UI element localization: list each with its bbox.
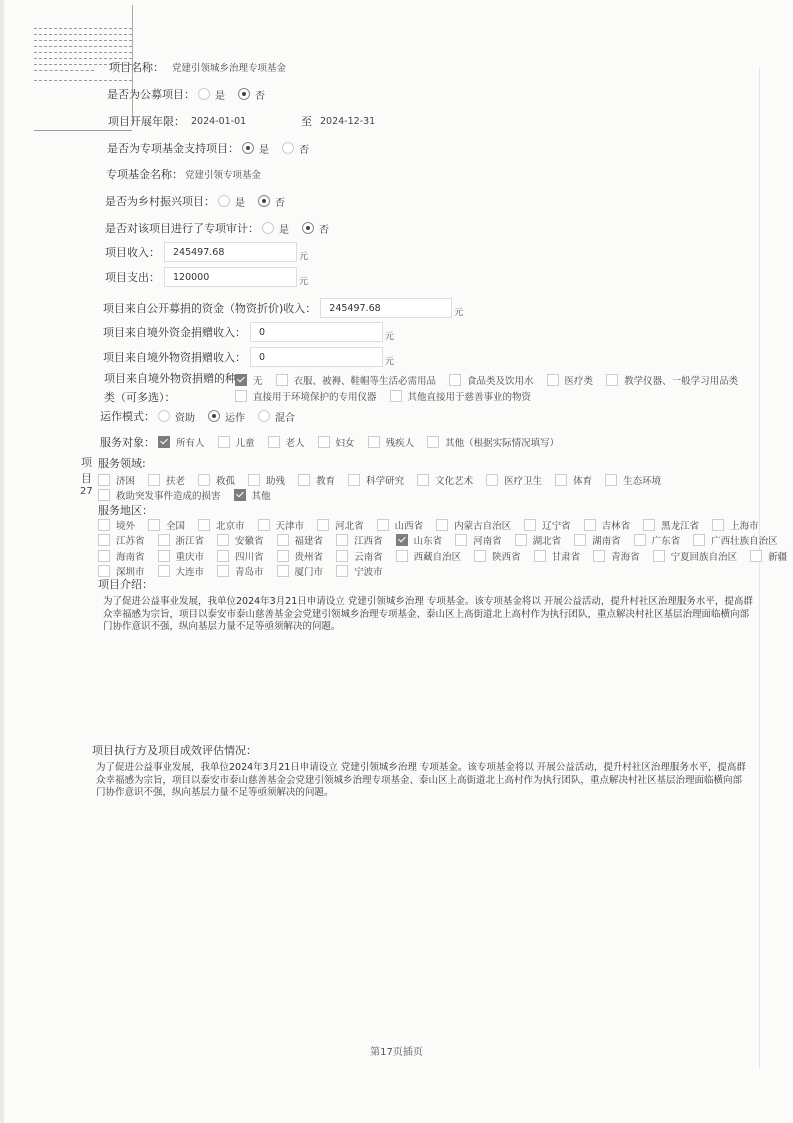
service-field-other[interactable]: 其他	[231, 488, 271, 502]
public-fundraising-yes-radio[interactable]	[198, 88, 210, 100]
checkbox-icon[interactable]	[98, 534, 110, 546]
rural-revitalization-yes-label: 是	[235, 194, 245, 209]
checkbox-icon[interactable]	[277, 565, 289, 577]
service-field-ecology[interactable]: 生态环境	[602, 473, 661, 487]
checkbox-icon[interactable]	[547, 374, 559, 386]
checkbox-icon[interactable]	[336, 565, 348, 577]
checkbox-icon[interactable]	[653, 550, 665, 562]
evaluation-text: 为了促进公益事业发展，我单位2024年3月21日申请设立 党建引领城乡治理 专项…	[96, 762, 756, 800]
checkbox-icon[interactable]	[348, 474, 360, 486]
service-region-option[interactable]: 福建省	[274, 533, 324, 547]
overseas-fund-income-unit: 元	[385, 329, 394, 342]
checkbox-icon[interactable]	[98, 489, 110, 501]
checkbox-icon[interactable]	[158, 565, 170, 577]
service-region-option[interactable]: 河北省	[314, 518, 364, 532]
evaluation-line: 众幸福感为宗旨，项目以泰安市泰山慈善基金会党建引领城乡治理专项基金、泰山区上高街…	[96, 775, 756, 788]
intro-label: 项目介绍：	[98, 576, 153, 592]
checkbox-icon[interactable]	[377, 519, 389, 531]
period-to: 至	[301, 113, 312, 129]
overseas-fund-income-row: 项目来自境外资金捐赠收入： 0 元	[103, 321, 394, 342]
checkbox-icon[interactable]	[98, 550, 110, 562]
income-row: 项目收入： 245497.68 元	[105, 241, 308, 262]
side-label-2: 目	[81, 470, 92, 486]
public-donation-income-label: 项目来自公开募捐的资金（物资折价)收入：	[103, 300, 316, 316]
operation-mode-mixed-label: 混合	[275, 409, 295, 424]
checkbox-icon[interactable]	[436, 519, 448, 531]
service-field-label-item: 济困	[116, 473, 135, 487]
intro-line: 门协作意识不强，纵向基层力量不足等亟须解决的问题。	[103, 621, 753, 634]
service-region-option[interactable]: 青海省	[590, 549, 640, 563]
rural-revitalization-no-label: 否	[275, 194, 285, 209]
checkbox-icon[interactable]	[555, 474, 567, 486]
service-region-option[interactable]: 重庆市	[155, 549, 205, 563]
special-fund-support-label: 是否为专项基金支持项目：	[107, 140, 239, 156]
checkbox-icon[interactable]	[593, 550, 605, 562]
overseas-material-types-row2: 直接用于环境保护的专用仪器 其他直接用于慈善事业的物资	[232, 389, 541, 403]
rural-revitalization-no-radio[interactable]	[258, 195, 270, 207]
material-type-environment-label: 直接用于环境保护的专用仪器	[253, 389, 377, 403]
service-region-option[interactable]: 黑龙江省	[640, 518, 699, 532]
service-field-row1: 济困 扶老 救孤 助残 教育 科学研究 文化艺术 医疗卫生 体育 生态环境	[95, 473, 671, 487]
overseas-material-income-row: 项目来自境外物资捐赠收入： 0 元	[103, 346, 394, 367]
expense-unit: 元	[299, 274, 308, 287]
service-region-option-label: 福建省	[295, 533, 324, 547]
material-type-other-label: 其他直接用于慈善事业的物资	[408, 389, 532, 403]
service-target-disabled-label: 残疾人	[386, 435, 415, 449]
service-target-other[interactable]: 其他（根据实际情况填写）	[424, 435, 559, 449]
service-region-option[interactable]: 广西壮族自治区	[690, 533, 778, 547]
service-region-label: 服务地区：	[98, 502, 153, 518]
service-region-option[interactable]: 宁夏回族自治区	[650, 549, 738, 563]
checkbox-icon[interactable]	[474, 550, 486, 562]
service-target-children[interactable]: 儿童	[215, 435, 255, 449]
service-field-label-item: 医疗卫生	[504, 473, 542, 487]
project-name-row: 项目名称： 党建引领城乡治理专项基金	[109, 59, 286, 75]
checkbox-icon[interactable]	[606, 374, 618, 386]
material-type-teaching-label: 教学仪器、一般学习用品类	[624, 373, 738, 387]
special-fund-name-value: 党建引领专项基金	[185, 167, 261, 181]
service-field-health[interactable]: 医疗卫生	[483, 473, 542, 487]
service-target-label: 服务对象：	[100, 434, 155, 450]
checkbox-icon[interactable]	[198, 474, 210, 486]
service-region-option[interactable]: 厦门市	[274, 564, 324, 578]
service-region-option-label: 湖南省	[592, 533, 621, 547]
service-region-option-label: 上海市	[730, 518, 759, 532]
project-name-label: 项目名称：	[109, 59, 164, 75]
service-region-option-label: 甘肃省	[552, 549, 581, 563]
public-fundraising-no-radio[interactable]	[238, 88, 250, 100]
special-fund-support-no-radio[interactable]	[282, 142, 294, 154]
service-field-sports[interactable]: 体育	[552, 473, 592, 487]
checkbox-icon[interactable]	[515, 534, 527, 546]
service-region-option-label: 北京市	[216, 518, 245, 532]
checkbox-icon[interactable]	[396, 550, 408, 562]
expense-input[interactable]: 120000	[164, 267, 297, 287]
checkbox-icon[interactable]	[427, 436, 439, 448]
checkbox-icon[interactable]	[158, 550, 170, 562]
checkbox-icon[interactable]	[268, 436, 280, 448]
material-type-environment[interactable]: 直接用于环境保护的专用仪器	[232, 389, 377, 403]
intro-line: 众幸福感为宗旨，项目以泰安市泰山慈善基金会党建引领城乡治理专项基金、泰山区上高街…	[103, 609, 753, 622]
public-fundraising-no-label: 否	[255, 87, 265, 102]
checkbox-icon[interactable]	[750, 550, 762, 562]
period-start: 2024-01-01	[191, 116, 301, 127]
checkbox-icon[interactable]	[693, 534, 705, 546]
special-audit-no-label: 否	[319, 221, 329, 236]
special-audit-row: 是否对该项目进行了专项审计： 是 否	[105, 220, 339, 236]
service-region-option-label: 重庆市	[176, 549, 205, 563]
checkbox-icon[interactable]	[198, 519, 210, 531]
operation-mode-row: 运作模式： 资助 运作 混合	[100, 408, 305, 424]
checkbox-icon[interactable]	[276, 374, 288, 386]
service-region-option-label: 辽宁省	[542, 518, 571, 532]
checkbox-icon[interactable]	[417, 474, 429, 486]
service-region-option-label: 四川省	[235, 549, 264, 563]
service-field-emergency[interactable]: 救助突发事件造成的损害	[95, 488, 221, 502]
service-region-option[interactable]: 全国	[145, 518, 185, 532]
service-region-option-label: 广东省	[652, 533, 681, 547]
checkbox-checked-icon[interactable]	[396, 534, 408, 546]
service-region-option[interactable]: 湖南省	[571, 533, 621, 547]
checkbox-icon[interactable]	[336, 550, 348, 562]
service-field-elderly[interactable]: 扶老	[145, 473, 185, 487]
service-field-label-item: 助残	[266, 473, 285, 487]
service-region-option[interactable]: 山东省	[393, 533, 443, 547]
expense-row: 项目支出： 120000 元	[105, 266, 308, 287]
service-region-option-label: 厦门市	[295, 564, 324, 578]
operation-mode-operate-radio[interactable]	[208, 410, 220, 422]
service-field-science[interactable]: 科学研究	[345, 473, 404, 487]
checkbox-icon[interactable]	[318, 436, 330, 448]
service-field-disabled[interactable]: 助残	[245, 473, 285, 487]
service-field-label-item: 体育	[573, 473, 592, 487]
service-region-option[interactable]: 甘肃省	[531, 549, 581, 563]
checkbox-icon[interactable]	[148, 474, 160, 486]
period-label: 项目开展年限：	[108, 113, 185, 129]
service-region-option-label: 天津市	[276, 518, 305, 532]
page-edge	[0, 0, 4, 1123]
special-fund-support-row: 是否为专项基金支持项目： 是 否	[107, 140, 319, 156]
service-target-elderly-label: 老人	[286, 435, 305, 449]
checkbox-icon[interactable]	[455, 534, 467, 546]
overseas-material-income-label: 项目来自境外物资捐赠收入：	[103, 349, 246, 365]
checkbox-icon[interactable]	[336, 534, 348, 546]
service-region-row: 江苏省浙江省安徽省福建省江西省山东省河南省湖北省湖南省广东省广西壮族自治区	[95, 533, 788, 547]
service-region-option[interactable]: 西藏自治区	[393, 549, 462, 563]
service-region-option[interactable]: 江西省	[333, 533, 383, 547]
margin-rule	[759, 68, 760, 1068]
service-field-label-item: 文化艺术	[435, 473, 473, 487]
operation-mode-operate-label: 运作	[225, 409, 245, 424]
checkbox-icon[interactable]	[584, 519, 596, 531]
checkbox-icon[interactable]	[277, 534, 289, 546]
operation-mode-grant-radio[interactable]	[158, 410, 170, 422]
checkbox-icon[interactable]	[217, 565, 229, 577]
service-region-option-label: 西藏自治区	[414, 549, 462, 563]
service-region-option-label: 大连市	[176, 564, 205, 578]
service-region-option-label: 全国	[166, 518, 185, 532]
service-target-other-label: 其他（根据实际情况填写）	[445, 435, 559, 449]
overseas-material-types-label: 项目来自境外物资捐赠的种 类（可多选）：	[104, 370, 236, 405]
service-field-label-item: 教育	[316, 473, 335, 487]
service-region-option[interactable]: 上海市	[709, 518, 759, 532]
income-label: 项目收入：	[105, 244, 160, 260]
overseas-fund-income-input[interactable]: 0	[250, 322, 383, 342]
service-region-option[interactable]: 新疆	[747, 549, 787, 563]
service-field-label-item: 科学研究	[366, 473, 404, 487]
intro-line: 为了促进公益事业发展，我单位2024年3月21日申请设立 党建引领城乡治理 专项…	[103, 596, 753, 609]
material-type-other[interactable]: 其他直接用于慈善事业的物资	[387, 389, 532, 403]
evaluation-label-row: 项目执行方及项目成效评估情况：	[92, 742, 257, 758]
service-field-label-row: 服务领域:	[98, 455, 146, 471]
service-field-orphans[interactable]: 救孤	[195, 473, 235, 487]
service-region-option-label: 贵州省	[295, 549, 324, 563]
material-type-none-label: 无	[253, 373, 263, 387]
service-target-row: 服务对象： 所有人 儿童 老人 妇女 残疾人 其他（根据实际情况填写）	[100, 434, 569, 450]
service-region-option-label: 安徽省	[235, 533, 264, 547]
project-name-value: 党建引领城乡治理专项基金	[172, 60, 286, 74]
service-target-women-label: 妇女	[336, 435, 355, 449]
period-end: 2024-12-31	[320, 116, 375, 127]
service-region-option-label: 山东省	[414, 533, 443, 547]
side-label-1: 项	[81, 454, 92, 470]
service-region-option-label: 海南省	[116, 549, 145, 563]
service-region-option[interactable]: 四川省	[214, 549, 264, 563]
overseas-material-income-input[interactable]: 0	[250, 347, 383, 367]
material-type-teaching[interactable]: 教学仪器、一般学习用品类	[603, 373, 738, 387]
evaluation-label: 项目执行方及项目成效评估情况：	[92, 742, 257, 758]
operation-mode-label: 运作模式：	[100, 408, 155, 424]
service-region-option-label: 新疆	[768, 549, 787, 563]
service-region-option[interactable]: 内蒙古自治区	[433, 518, 511, 532]
service-region-option-label: 湖北省	[533, 533, 562, 547]
material-type-food[interactable]: 食品类及饮用水	[446, 373, 534, 387]
service-region-option[interactable]: 湖北省	[512, 533, 562, 547]
service-region-option-label: 青海省	[611, 549, 640, 563]
service-target-elderly[interactable]: 老人	[265, 435, 305, 449]
rural-revitalization-label: 是否为乡村振兴项目：	[105, 193, 215, 209]
material-type-food-label: 食品类及饮用水	[467, 373, 534, 387]
service-region-option-label: 内蒙古自治区	[454, 518, 511, 532]
income-unit: 元	[299, 249, 308, 262]
checkbox-icon[interactable]	[534, 550, 546, 562]
operation-mode-mixed-radio[interactable]	[258, 410, 270, 422]
service-region-option-label: 河北省	[335, 518, 364, 532]
material-type-clothing-label: 衣服、被褥、鞋帽等生活必需用品	[294, 373, 437, 387]
checkbox-icon[interactable]	[390, 390, 402, 402]
service-region-option-label: 吉林省	[602, 518, 631, 532]
service-region-option[interactable]: 宁波市	[333, 564, 383, 578]
special-audit-yes-radio[interactable]	[262, 222, 274, 234]
checkbox-icon[interactable]	[235, 390, 247, 402]
service-region-option[interactable]: 天津市	[255, 518, 305, 532]
service-region-option[interactable]: 青岛市	[214, 564, 264, 578]
service-region-option-label: 浙江省	[176, 533, 205, 547]
service-field-label: 服务领域:	[98, 455, 146, 471]
overseas-material-types-row1: 无 衣服、被褥、鞋帽等生活必需用品 食品类及饮用水 医疗类 教学仪器、一般学习用…	[232, 373, 748, 387]
service-target-women[interactable]: 妇女	[315, 435, 355, 449]
special-fund-support-no-label: 否	[299, 141, 309, 156]
service-region-option-label: 河南省	[473, 533, 502, 547]
checkbox-icon[interactable]	[148, 519, 160, 531]
material-type-none[interactable]: 无	[232, 373, 263, 387]
checkbox-icon[interactable]	[524, 519, 536, 531]
service-field-education[interactable]: 教育	[295, 473, 335, 487]
service-region-option[interactable]: 江苏省	[95, 533, 145, 547]
checkbox-icon[interactable]	[712, 519, 724, 531]
special-fund-name-label: 专项基金名称：	[106, 166, 183, 182]
checkbox-checked-icon[interactable]	[234, 489, 246, 501]
public-fundraising-row: 是否为公募项目： 是 否	[107, 86, 275, 102]
overseas-material-types-label-line2: 类（可多选）：	[104, 389, 236, 405]
service-region-option[interactable]: 大连市	[155, 564, 205, 578]
expense-label: 项目支出：	[105, 269, 160, 285]
service-field-label-item: 救助突发事件造成的损害	[116, 488, 221, 502]
public-donation-income-row: 项目来自公开募捐的资金（物资折价)收入： 245497.68 元	[103, 297, 463, 318]
checkbox-icon[interactable]	[449, 374, 461, 386]
service-region-option[interactable]: 浙江省	[155, 533, 205, 547]
period-row: 项目开展年限： 2024-01-01 至 2024-12-31	[108, 113, 375, 129]
service-region-label-row: 服务地区：	[98, 502, 153, 518]
service-region-option[interactable]: 河南省	[452, 533, 502, 547]
service-region-option-label: 境外	[116, 518, 135, 532]
service-field-label-item: 扶老	[166, 473, 185, 487]
service-region-option[interactable]: 陕西省	[471, 549, 521, 563]
checkbox-icon[interactable]	[217, 550, 229, 562]
rural-revitalization-yes-radio[interactable]	[218, 195, 230, 207]
public-donation-income-unit: 元	[454, 305, 463, 318]
service-region-option[interactable]: 境外	[95, 518, 135, 532]
special-fund-support-yes-label: 是	[259, 141, 269, 156]
checkbox-icon[interactable]	[298, 474, 310, 486]
special-audit-yes-label: 是	[279, 221, 289, 236]
special-fund-support-yes-radio[interactable]	[242, 142, 254, 154]
income-input[interactable]: 245497.68	[164, 242, 297, 262]
service-region-option[interactable]: 海南省	[95, 549, 145, 563]
service-region-option[interactable]: 辽宁省	[521, 518, 571, 532]
public-fundraising-label: 是否为公募项目：	[107, 86, 195, 102]
service-region-option-label: 青岛市	[235, 564, 264, 578]
checkbox-icon[interactable]	[605, 474, 617, 486]
material-type-clothing[interactable]: 衣服、被褥、鞋帽等生活必需用品	[273, 373, 437, 387]
service-field-label-item: 其他	[252, 488, 271, 502]
service-region-option[interactable]: 山西省	[374, 518, 424, 532]
checkbox-icon[interactable]	[368, 436, 380, 448]
intro-label-row: 项目介绍：	[98, 576, 153, 592]
service-region-row: 境外全国北京市天津市河北省山西省内蒙古自治区辽宁省吉林省黑龙江省上海市	[95, 518, 769, 532]
overseas-material-types-label-line1: 项目来自境外物资捐赠的种	[104, 370, 236, 386]
service-region-option-label: 宁夏回族自治区	[671, 549, 738, 563]
public-fundraising-yes-label: 是	[215, 87, 225, 102]
public-donation-income-input[interactable]: 245497.68	[320, 298, 452, 318]
service-target-all[interactable]: 所有人	[155, 435, 205, 449]
service-region-option-label: 宁波市	[354, 564, 383, 578]
service-region-row: 海南省重庆市四川省贵州省云南省西藏自治区陕西省甘肃省青海省宁夏回族自治区新疆	[95, 549, 793, 563]
evaluation-line: 门协作意识不强，纵向基层力量不足等亟须解决的问题。	[96, 787, 756, 800]
service-region-option-label: 陕西省	[492, 549, 521, 563]
service-region-option-label: 云南省	[354, 549, 383, 563]
checkbox-icon[interactable]	[574, 534, 586, 546]
service-field-label-item: 生态环境	[623, 473, 661, 487]
checkbox-checked-icon[interactable]	[235, 374, 247, 386]
special-audit-label: 是否对该项目进行了专项审计：	[105, 220, 259, 236]
material-type-medical[interactable]: 医疗类	[544, 373, 594, 387]
service-region-option-label: 山西省	[395, 518, 424, 532]
service-target-all-label: 所有人	[176, 435, 205, 449]
service-target-children-label: 儿童	[236, 435, 255, 449]
service-region-option[interactable]: 吉林省	[581, 518, 631, 532]
intro-text: 为了促进公益事业发展，我单位2024年3月21日申请设立 党建引领城乡治理 专项…	[103, 596, 753, 634]
overseas-fund-income-label: 项目来自境外资金捐赠收入：	[103, 324, 246, 340]
service-field-poverty[interactable]: 济困	[95, 473, 135, 487]
checkbox-icon[interactable]	[158, 534, 170, 546]
checkbox-icon[interactable]	[643, 519, 655, 531]
service-region-option[interactable]: 北京市	[195, 518, 245, 532]
checkbox-icon[interactable]	[98, 519, 110, 531]
service-region-option[interactable]: 云南省	[333, 549, 383, 563]
checkbox-icon[interactable]	[634, 534, 646, 546]
checkbox-icon[interactable]	[258, 519, 270, 531]
service-region-option-label: 黑龙江省	[661, 518, 699, 532]
rural-revitalization-row: 是否为乡村振兴项目： 是 否	[105, 193, 295, 209]
service-field-row2: 救助突发事件造成的损害 其他	[95, 488, 281, 502]
checkbox-icon[interactable]	[277, 550, 289, 562]
side-label-3: 27	[80, 486, 93, 497]
overseas-material-income-unit: 元	[385, 354, 394, 367]
service-field-label-item: 救孤	[216, 473, 235, 487]
operation-mode-grant-label: 资助	[175, 409, 195, 424]
service-region-option-label: 江苏省	[116, 533, 145, 547]
service-region-option-label: 江西省	[354, 533, 383, 547]
checkbox-icon[interactable]	[486, 474, 498, 486]
checkbox-icon[interactable]	[98, 474, 110, 486]
special-audit-no-radio[interactable]	[302, 222, 314, 234]
service-field-culture[interactable]: 文化艺术	[414, 473, 473, 487]
checkbox-icon[interactable]	[317, 519, 329, 531]
material-type-medical-label: 医疗类	[565, 373, 594, 387]
service-region-option[interactable]: 安徽省	[214, 533, 264, 547]
service-target-disabled[interactable]: 残疾人	[365, 435, 415, 449]
evaluation-line: 为了促进公益事业发展，我单位2024年3月21日申请设立 党建引领城乡治理 专项…	[96, 762, 756, 775]
checkbox-icon[interactable]	[217, 534, 229, 546]
service-region-option[interactable]: 贵州省	[274, 549, 324, 563]
special-fund-name-row: 专项基金名称： 党建引领专项基金	[106, 166, 261, 182]
checkbox-icon[interactable]	[218, 436, 230, 448]
service-region-option-label: 广西壮族自治区	[711, 533, 778, 547]
page-footer: 第17页插页	[0, 1043, 793, 1058]
service-region-option[interactable]: 广东省	[631, 533, 681, 547]
checkbox-icon[interactable]	[248, 474, 260, 486]
checkbox-checked-icon[interactable]	[158, 436, 170, 448]
